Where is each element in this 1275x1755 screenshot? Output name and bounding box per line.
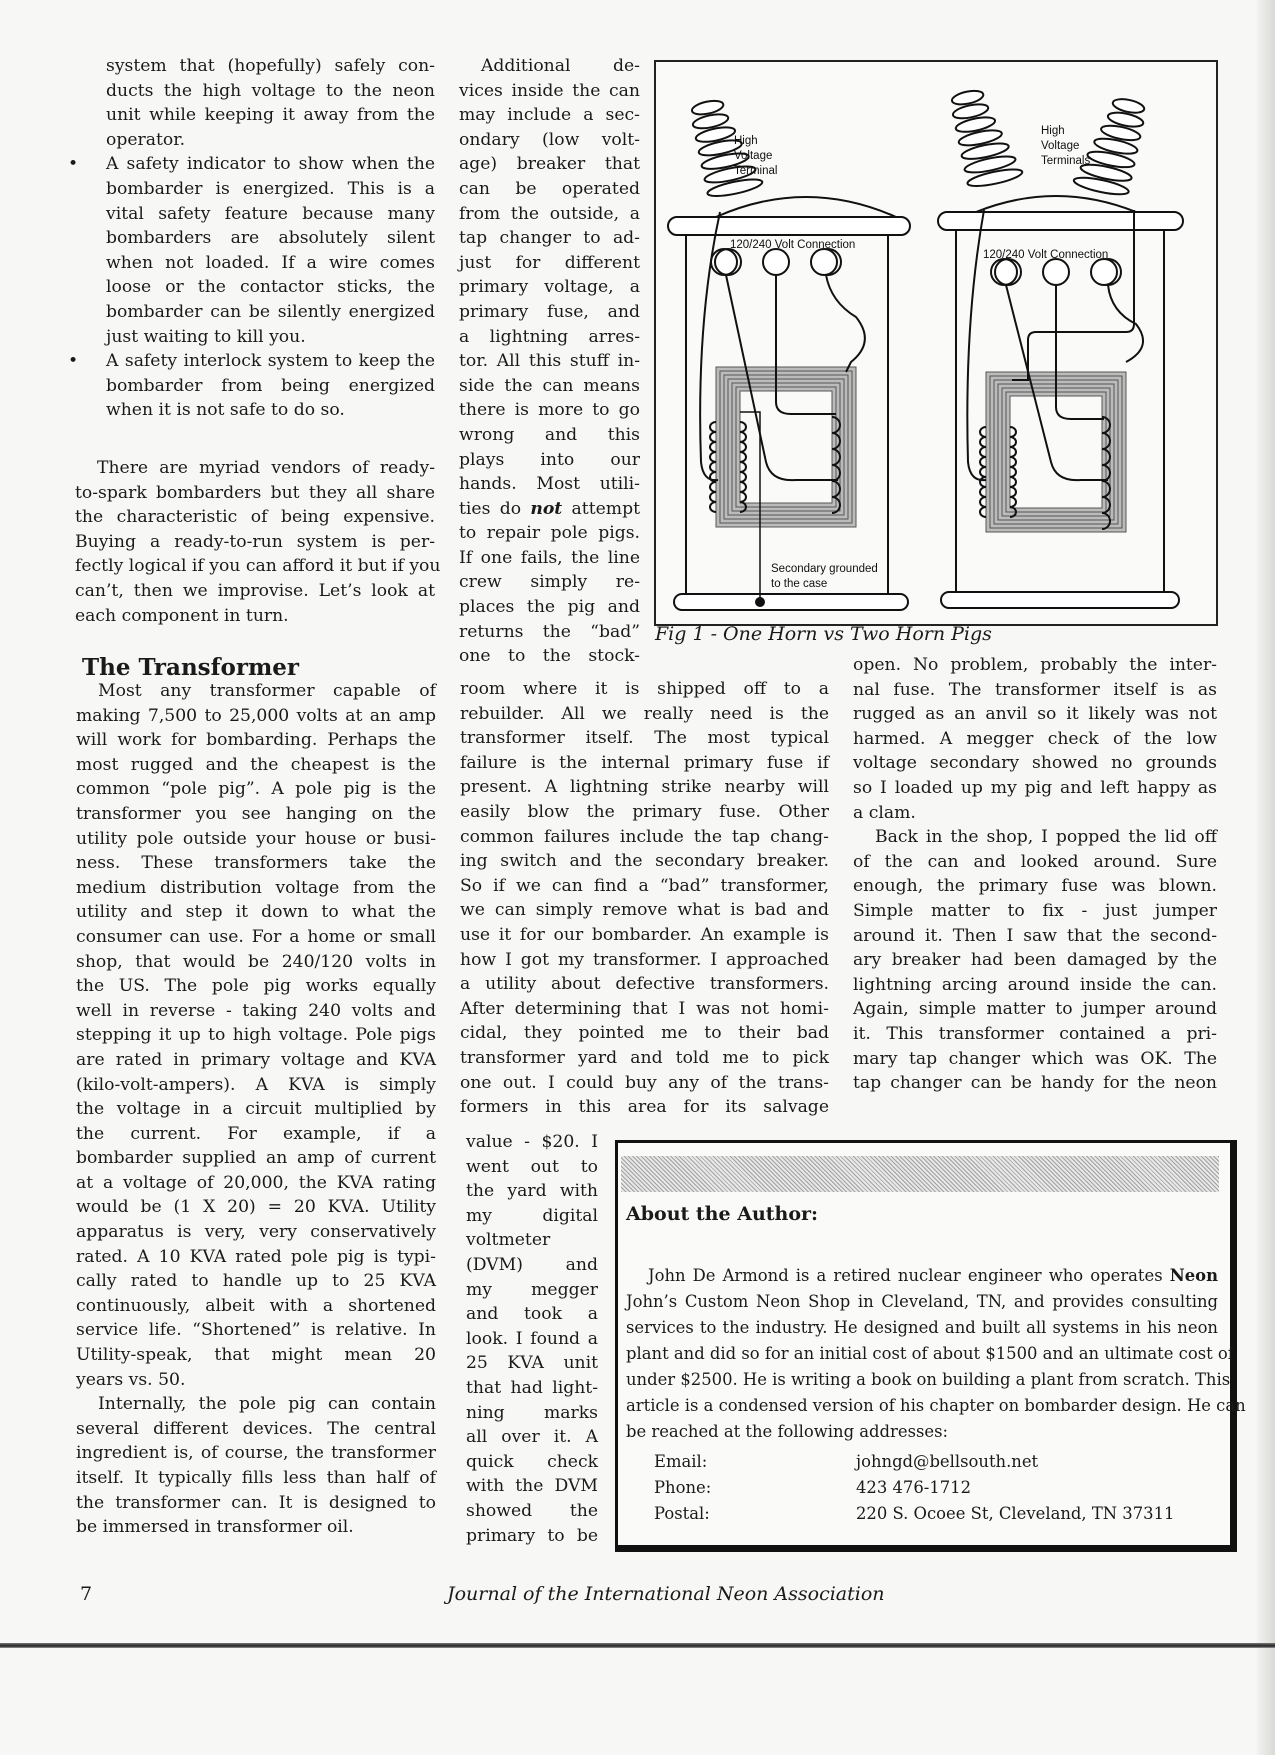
text-line: be immersed in transformer oil. <box>76 1515 436 1540</box>
text-line: may include a sec- <box>459 103 640 128</box>
text-line: open. No problem, probably the inter- <box>853 653 1217 678</box>
column-middle-wide: room where it is shipped off to a rebuil… <box>460 677 829 1120</box>
text-line: the transformer can. It is designed to <box>76 1491 436 1516</box>
contact-label: Email: <box>654 1452 707 1471</box>
text-line: consumer can use. For a home or small <box>76 925 436 950</box>
column-right: open. No problem, probably the inter- na… <box>853 653 1217 1096</box>
text-line: ties do not attempt <box>459 497 640 522</box>
text-line: transformer yard and told me to pick <box>460 1046 829 1071</box>
text-line: services to the industry. He designed an… <box>626 1315 1218 1341</box>
text-line: tap changer to ad- <box>459 226 640 251</box>
journal-title: Journal of the International Neon Associ… <box>447 1583 885 1605</box>
text-line: will work for bombarding. Perhaps the <box>76 728 436 753</box>
column-left: system that (hopefully) safely con- duct… <box>106 54 435 423</box>
text-line: John’s Custom Neon Shop in Cleveland, TN… <box>626 1289 1218 1315</box>
text-line: After determining that I was not homi- <box>460 997 829 1022</box>
text-line: Internally, the pole pig can contain <box>76 1392 436 1417</box>
page-edge-shadow <box>1257 0 1275 1755</box>
column-middle-narrow-bottom: value - $20. I went out to the yard with… <box>466 1130 598 1548</box>
text-line: the yard with <box>466 1179 598 1204</box>
text-line: cidal, they pointed me to their bad <box>460 1021 829 1046</box>
text-line: that had light- <box>466 1376 598 1401</box>
text-line: each component in turn. <box>75 604 435 629</box>
section-heading: The Transformer <box>82 654 299 681</box>
page-number: 7 <box>80 1583 92 1605</box>
text-line: Again, simple matter to jumper around <box>853 997 1217 1022</box>
text-line: Utility-speak, that might mean 20 <box>76 1343 436 1368</box>
text-line: from the outside, a <box>459 202 640 227</box>
text-line: primary voltage, a <box>459 275 640 300</box>
text-line: how I got my transformer. I approached <box>460 948 829 973</box>
figure-caption: Fig 1 - One Horn vs Two Horn Pigs <box>655 623 992 645</box>
contact-label: Phone: <box>654 1478 711 1497</box>
text-line: mary tap changer which was OK. The <box>853 1047 1217 1072</box>
text-line: easily blow the primary fuse. Other <box>460 800 829 825</box>
text-line: John De Armond is a retired nuclear engi… <box>626 1263 1218 1289</box>
text-line: making 7,500 to 25,000 volts at an amp <box>76 704 436 729</box>
text-line: fectly logical if you can afford it but … <box>75 554 435 579</box>
bullet-item: • A safety indicator to show when the bo… <box>106 152 435 349</box>
text-line: Buying a ready-to-run system is per- <box>75 530 435 555</box>
text-line: several different devices. The central <box>76 1417 436 1442</box>
text-line: vices inside the can <box>459 79 640 104</box>
text-line: ducts the high voltage to the neon <box>106 79 435 104</box>
text-line: rebuilder. All we really need is the <box>460 702 829 727</box>
pole-pig-diagram: HighVoltageTerminal 120/240 Volt Connect… <box>656 62 1216 624</box>
text-line: operator. <box>106 128 435 153</box>
text-line: Most any transformer capable of <box>76 679 436 704</box>
text-line: age) breaker that <box>459 152 640 177</box>
bullet-item: • A safety interlock system to keep the … <box>106 349 435 423</box>
text-line: the characteristic of being expensive. <box>75 505 435 530</box>
hv-terminals-label: HighVoltageTerminals <box>1041 125 1090 167</box>
phone-value: 423 476-1712 <box>856 1475 971 1501</box>
text-line: a utility about defective transformers. <box>460 972 829 997</box>
text-line: years vs. 50. <box>76 1368 436 1393</box>
text-line: common “pole pig”. A pole pig is the <box>76 777 436 802</box>
text-line: loose or the contactor sticks, the <box>106 275 435 300</box>
text-line: plays into our <box>459 448 640 473</box>
text-line: (DVM) and <box>466 1253 598 1278</box>
bottom-rule <box>0 1643 1275 1648</box>
text-line: be reached at the following addresses: <box>626 1419 1218 1445</box>
text-line: voltmeter <box>466 1228 598 1253</box>
text-line: and took a <box>466 1302 598 1327</box>
text-line: article is a condensed version of his ch… <box>626 1393 1218 1419</box>
contact-postal: Postal: 220 S. Ocoee St, Cleveland, TN 3… <box>654 1501 710 1527</box>
lv-connection-label-left: 120/240 Volt Connection <box>730 239 855 251</box>
text-line: the voltage in a circuit multiplied by <box>76 1097 436 1122</box>
text-line: can’t, then we improvise. Let’s look at <box>75 579 435 604</box>
text-line: rugged as an anvil so it likely was not <box>853 702 1217 727</box>
column-middle-narrow-top: Additional de- vices inside the can may … <box>459 54 640 669</box>
contact-phone: Phone: 423 476-1712 <box>654 1475 711 1501</box>
text-line: ary breaker had been damaged by the <box>853 948 1217 973</box>
text-line: my megger <box>466 1278 598 1303</box>
text-line: wrong and this <box>459 423 640 448</box>
author-box-title: About the Author: <box>626 1203 818 1225</box>
paragraph-vendors: There are myriad vendors of ready- to-sp… <box>75 456 435 628</box>
text-line: of the can and looked around. Sure <box>853 850 1217 875</box>
text-line: service life. “Shortened” is relative. I… <box>76 1318 436 1343</box>
text-line: shop, that would be 240/120 volts in <box>76 950 436 975</box>
text-line: formers in this area for its salvage <box>460 1095 829 1120</box>
text-line: primary to be <box>466 1524 598 1549</box>
text-line: all over it. A <box>466 1425 598 1450</box>
text-line: bombarders are absolutely silent <box>106 226 435 251</box>
text-line: rated. A 10 KVA rated pole pig is typi- <box>76 1245 436 1270</box>
text-line: cally rated to handle up to 25 KVA <box>76 1269 436 1294</box>
text-line: can be operated <box>459 177 640 202</box>
text-line: showed the <box>466 1499 598 1524</box>
text-line: There are myriad vendors of ready- <box>75 456 435 481</box>
text-line: nal fuse. The transformer itself is as <box>853 678 1217 703</box>
text-line: most rugged and the cheapest is the <box>76 753 436 778</box>
text-line: went out to <box>466 1155 598 1180</box>
text-line: my digital <box>466 1204 598 1229</box>
text-line: are rated in primary voltage and KVA <box>76 1048 436 1073</box>
text-line: Back in the shop, I popped the lid off <box>853 825 1217 850</box>
text-line: ondary (low volt- <box>459 128 640 153</box>
text-line: utility pole outside your house or busi- <box>76 827 436 852</box>
text-line: just waiting to kill you. <box>106 325 435 350</box>
text-line: lightning arcing around inside the can. <box>853 973 1217 998</box>
text-line: vital safety feature because many <box>106 202 435 227</box>
text-line: quick check <box>466 1450 598 1475</box>
text-line: tor. All this stuff in- <box>459 349 640 374</box>
text-line: primary fuse, and <box>459 300 640 325</box>
text-line: transformer you see hanging on the <box>76 802 436 827</box>
text-line: 25 KVA unit <box>466 1351 598 1376</box>
text-line: harmed. A megger check of the low <box>853 727 1217 752</box>
text-line: it. This transformer contained a pri- <box>853 1022 1217 1047</box>
author-bio: John De Armond is a retired nuclear engi… <box>626 1263 1218 1445</box>
text-line: bombarder is energized. This is a <box>106 177 435 202</box>
text-line: A safety interlock system to keep the <box>106 349 435 374</box>
text-line: system that (hopefully) safely con- <box>106 54 435 79</box>
contact-label: Postal: <box>654 1504 710 1523</box>
lv-connection-label-right: 120/240 Volt Connection <box>983 249 1108 261</box>
bullet-icon: • <box>68 349 78 374</box>
text-line: bombarder supplied an amp of current <box>76 1146 436 1171</box>
halftone-stripe <box>621 1156 1219 1192</box>
text-line: failure is the internal primary fuse if <box>460 751 829 776</box>
text-line: around it. Then I saw that the second- <box>853 924 1217 949</box>
text-line: the US. The pole pig works equally <box>76 974 436 999</box>
about-author-box: About the Author: John De Armond is a re… <box>615 1140 1237 1552</box>
text-line: stepping it up to high voltage. Pole pig… <box>76 1023 436 1048</box>
text-line: enough, the primary fuse was blown. <box>853 874 1217 899</box>
text-line: well in reverse - taking 240 volts and <box>76 999 436 1024</box>
text-line: present. A lightning strike nearby will <box>460 775 829 800</box>
text-line: so I loaded up my pig and left happy as <box>853 776 1217 801</box>
text-line: ing switch and the secondary breaker. <box>460 849 829 874</box>
text-line: tap changer can be handy for the neon <box>853 1071 1217 1096</box>
hv-terminal-label: HighVoltageTerminal <box>734 135 777 177</box>
text-line: medium distribution voltage from the <box>76 876 436 901</box>
text-line: returns the “bad” <box>459 620 640 645</box>
text-line: plant and did so for an initial cost of … <box>626 1341 1218 1367</box>
text-line: a lightning arres- <box>459 325 640 350</box>
text-line: ingredient is, of course, the transforme… <box>76 1441 436 1466</box>
ground-label: Secondary groundedto the case <box>771 563 878 590</box>
text-line: when not loaded. If a wire comes <box>106 251 435 276</box>
text-line: bombarder from being energized <box>106 374 435 399</box>
text-line: one to the stock- <box>459 644 640 669</box>
text-line: utility and step it down to what the <box>76 900 436 925</box>
text-line: itself. It typically fills less than hal… <box>76 1466 436 1491</box>
text-line: bombarder can be silently energized <box>106 300 435 325</box>
left-pig-icon <box>668 94 910 610</box>
text-line: If one fails, the line <box>459 546 640 571</box>
text-line: side the can means <box>459 374 640 399</box>
text-line: Additional de- <box>459 54 640 79</box>
postal-value: 220 S. Ocoee St, Cleveland, TN 37311 <box>856 1501 1174 1527</box>
paragraph-transformer: Most any transformer capable of making 7… <box>76 679 436 1540</box>
text-line: value - $20. I <box>466 1130 598 1155</box>
text-line: a clam. <box>853 801 1217 826</box>
text-line: at a voltage of 20,000, the KVA rating <box>76 1171 436 1196</box>
text-line: the current. For example, if a <box>76 1122 436 1147</box>
text-line: under $2500. He is writing a book on bui… <box>626 1367 1218 1393</box>
text-line: voltage secondary showed no grounds <box>853 751 1217 776</box>
text-line: Simple matter to fix - just jumper <box>853 899 1217 924</box>
text-line: continuously, albeit with a shortened <box>76 1294 436 1319</box>
text-line: crew simply re- <box>459 570 640 595</box>
bullet-icon: • <box>68 152 78 177</box>
text-line: apparatus is very, very conservatively <box>76 1220 436 1245</box>
text-line: A safety indicator to show when the <box>106 152 435 177</box>
text-line: to repair pole pigs. <box>459 521 640 546</box>
text-line: So if we can find a “bad” transformer, <box>460 874 829 899</box>
text-line: use it for our bombarder. An example is <box>460 923 829 948</box>
text-line: hands. Most utili- <box>459 472 640 497</box>
text-line: one out. I could buy any of the trans- <box>460 1071 829 1096</box>
text-line: look. I found a <box>466 1327 598 1352</box>
text-line: there is more to go <box>459 398 640 423</box>
text-line: places the pig and <box>459 595 640 620</box>
text-line: (kilo-volt-ampers). A KVA is simply <box>76 1073 436 1098</box>
contact-email: Email: johngd@bellsouth.net <box>654 1449 707 1475</box>
text-line: to-spark bombarders but they all share <box>75 481 435 506</box>
text-line: just for different <box>459 251 640 276</box>
text-line: with the DVM <box>466 1474 598 1499</box>
text-line: would be (1 X 20) = 20 KVA. Utility <box>76 1195 436 1220</box>
text-line: transformer itself. The most typical <box>460 726 829 751</box>
text-line: common failures include the tap chang- <box>460 825 829 850</box>
text-line: we can simply remove what is bad and <box>460 898 829 923</box>
text-line: room where it is shipped off to a <box>460 677 829 702</box>
transformer-figure: HighVoltageTerminal 120/240 Volt Connect… <box>654 60 1218 626</box>
text-line: when it is not safe to do so. <box>106 398 435 423</box>
text-line: unit while keeping it away from the <box>106 103 435 128</box>
text-line: ness. These transformers take the <box>76 851 436 876</box>
text-line: ning marks <box>466 1401 598 1426</box>
email-link[interactable]: johngd@bellsouth.net <box>856 1449 1038 1475</box>
